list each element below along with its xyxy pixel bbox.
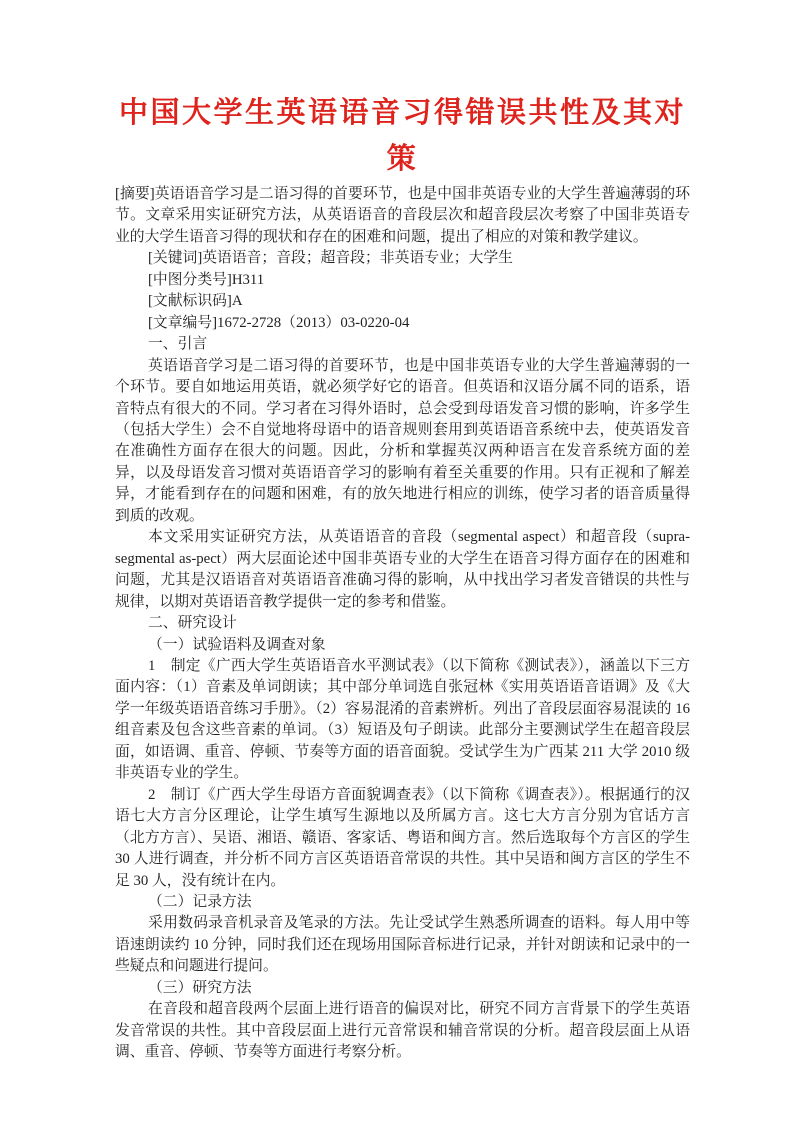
paragraph-introduction: 英语语音学习是二语习得的首要环节，也是中国非英语专业的大学生普遍薄弱的一个环节。… [115,356,690,528]
heading-introduction: 一、引言 [115,334,690,355]
line-article-id: [文章编号]1672-2728（2013）03-0220-04 [115,313,690,334]
paragraph-research-method: 在音段和超音段两个层面上进行语音的偏误对比，研究不同方言背景下的学生英语发音常误… [115,999,690,1063]
document-page: 中国大学生英语语音习得错误共性及其对策 [摘要]英语语音学习是二语习得的首要环节… [0,0,800,1132]
paragraph-survey-sheet: 2 制订《广西大学生母语方音面貌调查表》（以下简称《调查表》）。根据通行的汉语七… [115,785,690,892]
line-keywords: [关键词]英语语音；音段；超音段；非英语专业；大学生 [115,248,690,269]
heading-research-method: （三）研究方法 [115,978,690,999]
paragraph-recording-method: 采用数码录音机录音及笔录的方法。先让受试学生熟悉所调查的语料。每人用中等语速朗读… [115,913,690,977]
paragraph-abstract: [摘要]英语语音学习是二语习得的首要环节，也是中国非英语专业的大学生普遍薄弱的环… [115,184,690,248]
heading-materials-subjects: （一）试验语料及调查对象 [115,635,690,656]
line-document-code: [文献标识码]A [115,291,690,312]
line-clc-number: [中图分类号]H311 [115,270,690,291]
document-content: 中国大学生英语语音习得错误共性及其对策 [摘要]英语语音学习是二语习得的首要环节… [115,90,690,1064]
heading-research-design: 二、研究设计 [115,613,690,634]
paragraph-test-sheet: 1 制定《广西大学生英语语音水平测试表》（以下简称《测试表》），涵盖以下三方面内… [115,656,690,785]
heading-recording-method: （二）记录方法 [115,892,690,913]
paragraph-method-overview: 本文采用实证研究方法，从英语语音的音段（segmental aspect）和超音… [115,527,690,613]
document-title: 中国大学生英语语音习得错误共性及其对策 [115,90,690,182]
document-body: [摘要]英语语音学习是二语习得的首要环节，也是中国非英语专业的大学生普遍薄弱的环… [115,184,690,1064]
